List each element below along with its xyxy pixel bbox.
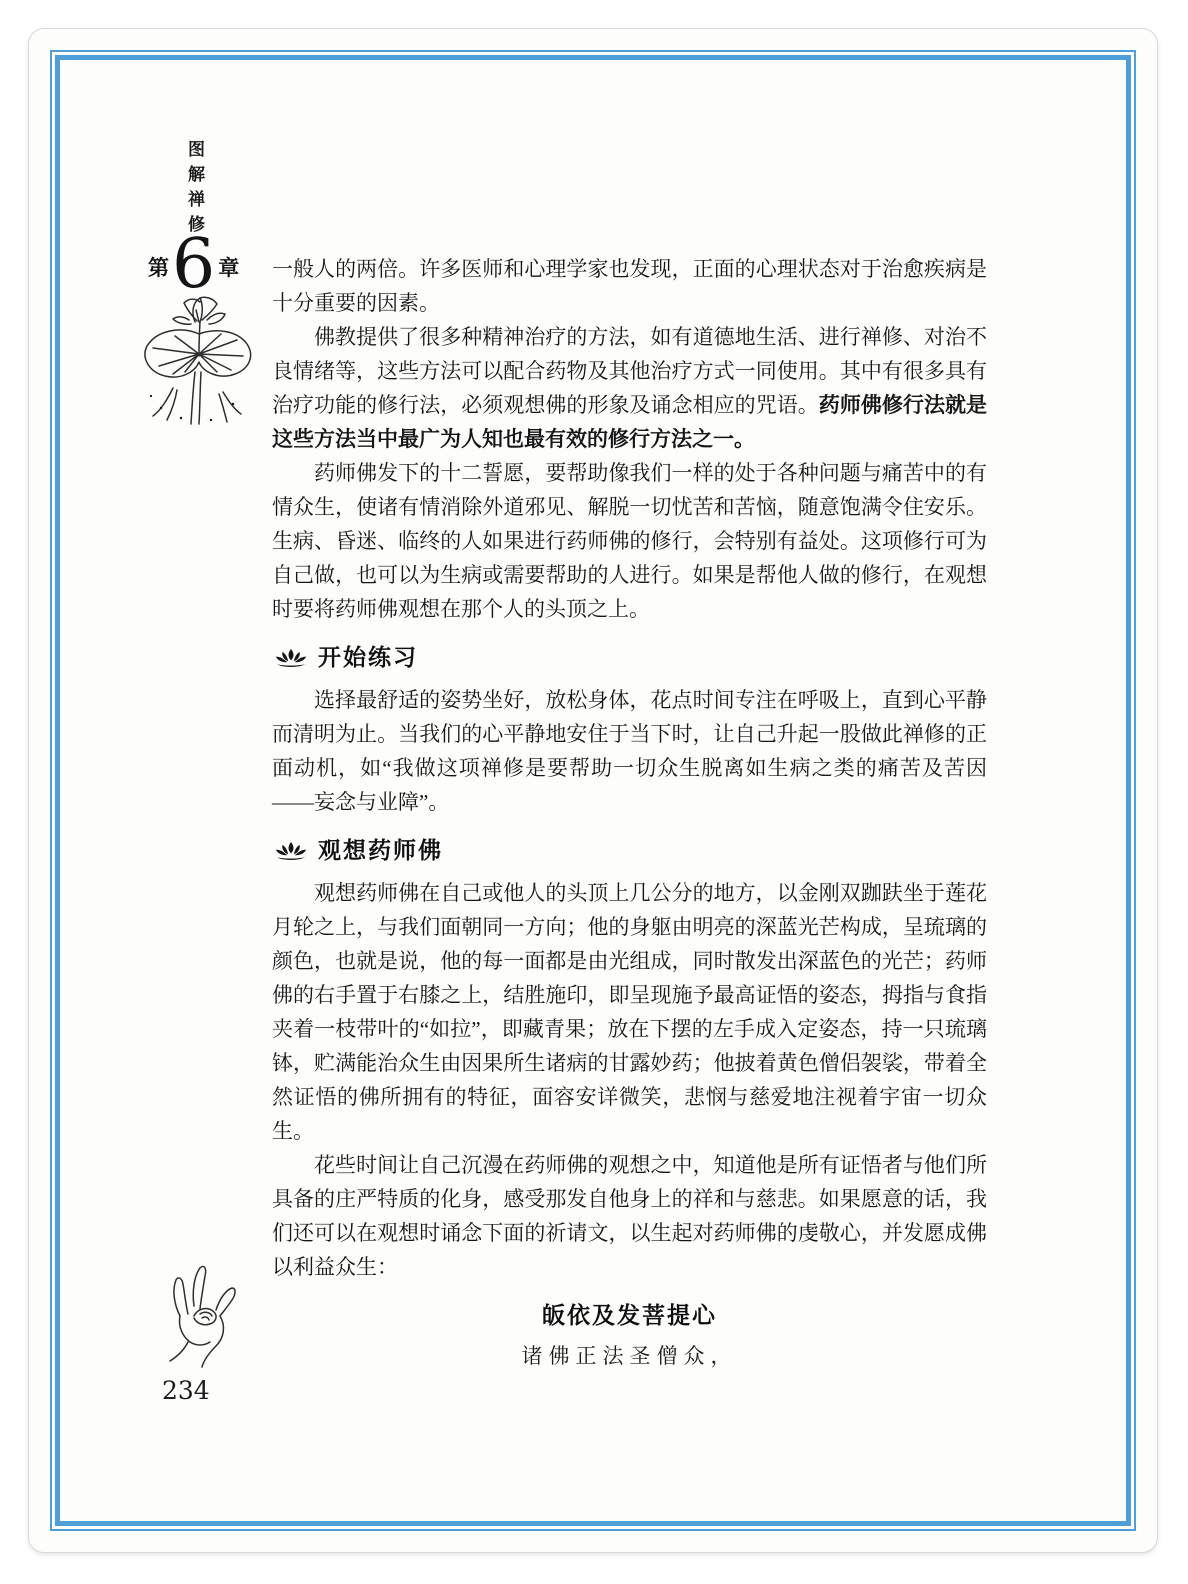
main-text-column: 一般人的两倍。许多医师和心理学家也发现，正面的心理状态对于治愈疾病是十分重要的因… [272, 252, 987, 1373]
lotus-illustration-svg [137, 292, 263, 430]
prayer-heading: 皈依及发菩提心 [272, 1298, 987, 1332]
chapter-prefix: 第 [148, 252, 169, 282]
lotus-bullet-icon [274, 648, 308, 669]
hand-mudra-svg [160, 1254, 244, 1369]
section-heading-begin-practice: 开始练习 [274, 641, 987, 675]
body-paragraph-5: 观想药师佛在自己或他人的头顶上几公分的地方，以金刚双跏趺坐于莲花月轮之上，与我们… [272, 876, 987, 1148]
body-paragraph-6: 花些时间让自己沉漫在药师佛的观想之中，知道他是所有证悟者与他们所具备的庄严特质的… [272, 1148, 987, 1284]
hand-mudra-illustration [160, 1254, 244, 1374]
body-paragraph-4: 选择最舒适的姿势坐好，放松身体，花点时间专注在呼吸上，直到心平静而清明为止。当我… [272, 683, 987, 819]
chapter-suffix: 章 [218, 252, 239, 282]
chapter-number: 6 [172, 231, 215, 299]
section-title: 开始练习 [318, 641, 418, 675]
book-page: 图解禅修 第 6 章 [0, 0, 1188, 1584]
body-paragraph-1: 一般人的两倍。许多医师和心理学家也发现，正面的心理状态对于治愈疾病是十分重要的因… [272, 252, 987, 320]
body-paragraph-3: 药师佛发下的十二誓愿，要帮助像我们一样的处于各种问题与痛苦中的有情众生，使诸有情… [272, 456, 987, 626]
page-number: 234 [162, 1376, 210, 1405]
body-paragraph-2: 佛教提供了很多种精神治疗的方法，如有道德地生活、进行禅修、对治不良情绪等，这些方… [272, 320, 987, 456]
lotus-bullet-icon [274, 841, 308, 862]
section-title: 观想药师佛 [318, 834, 443, 868]
prayer-verse-line: 诸佛正法圣僧众， [272, 1339, 987, 1373]
section-heading-visualize-medicine-buddha: 观想药师佛 [274, 834, 987, 868]
lotus-flower-illustration [137, 292, 263, 435]
